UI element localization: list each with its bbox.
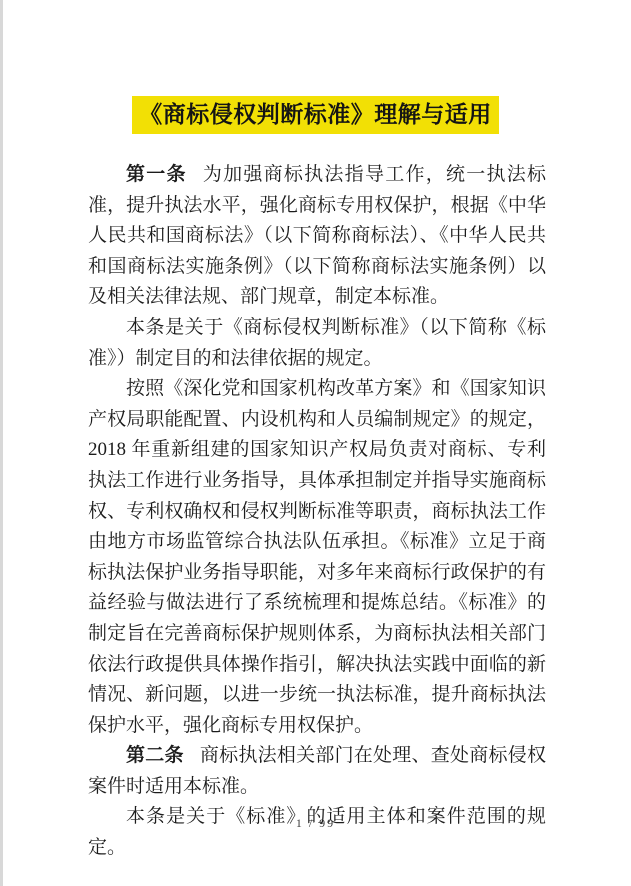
article-number: 第一条 — [126, 164, 187, 185]
title-row: 《商标侵权判断标准》理解与适用 — [0, 96, 631, 134]
page-footer: 1 / 99 — [0, 816, 631, 831]
article-number: 第二条 — [126, 745, 184, 766]
paragraph-text: 本条是关于《商标侵权判断标准》（以下简称《标准》）制定目的和法律依据的规定。 — [88, 317, 546, 369]
paragraph-text: 本条是关于《标准》的适用主体和案件范围的规定。 — [88, 806, 546, 858]
document-page: 《商标侵权判断标准》理解与适用 第一条为加强商标执法指导工作，统一执法标准，提升… — [0, 0, 631, 886]
paragraph-text: 为加强商标执法指导工作，统一执法标准，提升执法水平，强化商标专用权保护，根据《中… — [88, 164, 546, 307]
document-body: 第一条为加强商标执法指导工作，统一执法标准，提升执法水平，强化商标专用权保护，根… — [88, 160, 546, 864]
paragraph: 本条是关于《商标侵权判断标准》（以下简称《标准》）制定目的和法律依据的规定。 — [88, 313, 546, 374]
paragraph-article-1: 第一条为加强商标执法指导工作，统一执法标准，提升执法水平，强化商标专用权保护，根… — [88, 160, 546, 313]
paragraph: 按照《深化党和国家机构改革方案》和《国家知识产权局职能配置、内设机构和人员编制规… — [88, 374, 546, 741]
paragraph-article-2: 第二条商标执法相关部门在处理、查处商标侵权案件时适用本标准。 — [88, 741, 546, 802]
page-number-indicator: 1 / 99 — [296, 816, 335, 830]
page-title: 《商标侵权判断标准》理解与适用 — [132, 96, 499, 134]
paragraph: 本条是关于《标准》的适用主体和案件范围的规定。 — [88, 802, 546, 863]
paragraph-text: 按照《深化党和国家机构改革方案》和《国家知识产权局职能配置、内设机构和人员编制规… — [88, 378, 546, 736]
